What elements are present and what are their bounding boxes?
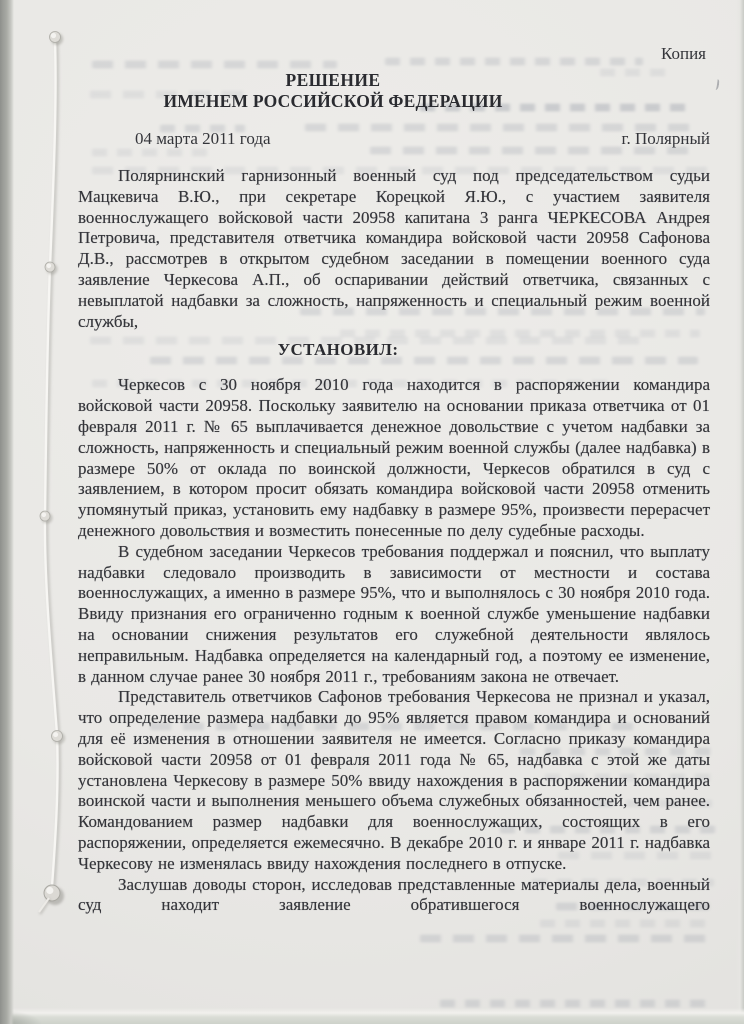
paragraph: Представитель ответчиков Сафонов требова…: [78, 687, 710, 874]
decision-date: 04 марта 2011 года: [78, 129, 271, 149]
scan-edge-left: [0, 0, 14, 1024]
intro-paragraph: Полярнинский гарнизонный военный суд под…: [78, 166, 710, 332]
scan-edge-bottom: [0, 1008, 744, 1024]
bleedthrough-line: [540, 920, 712, 928]
bleedthrough-line: [440, 1000, 712, 1008]
thread-knot: [40, 511, 53, 524]
document-title: РЕШЕНИЕ: [78, 70, 588, 91]
thread-knot: [50, 32, 64, 46]
section-heading: УСТАНОВИЛ:: [78, 340, 598, 360]
thread-knot: [39, 885, 64, 914]
paragraph: Заслушав доводы сторон, исследовав предс…: [78, 875, 710, 917]
scanned-court-decision-page: Копия РЕШЕНИЕ ИМЕНЕМ РОССИЙСКОЙ ФЕДЕРАЦИ…: [0, 0, 744, 1024]
scan-edge-right: [736, 0, 744, 1024]
document-content: Копия РЕШЕНИЕ ИМЕНЕМ РОССИЙСКОЙ ФЕДЕРАЦИ…: [78, 0, 710, 916]
thread-knot: [52, 731, 66, 745]
paragraph: В судебном заседании Черкесов требования…: [78, 542, 710, 688]
dateline: 04 марта 2011 года г. Полярный: [78, 129, 710, 149]
ink-mark: [712, 79, 719, 91]
decision-place: г. Полярный: [621, 129, 710, 149]
thread-knot: [45, 262, 58, 275]
document-body: Полярнинский гарнизонный военный суд под…: [78, 166, 710, 916]
paragraph: Черкесов с 30 ноября 2010 года находится…: [78, 375, 710, 541]
copy-label: Копия: [78, 44, 710, 64]
bleedthrough-line: [420, 935, 710, 943]
document-subtitle: ИМЕНЕМ РОССИЙСКОЙ ФЕДЕРАЦИИ: [78, 91, 588, 112]
